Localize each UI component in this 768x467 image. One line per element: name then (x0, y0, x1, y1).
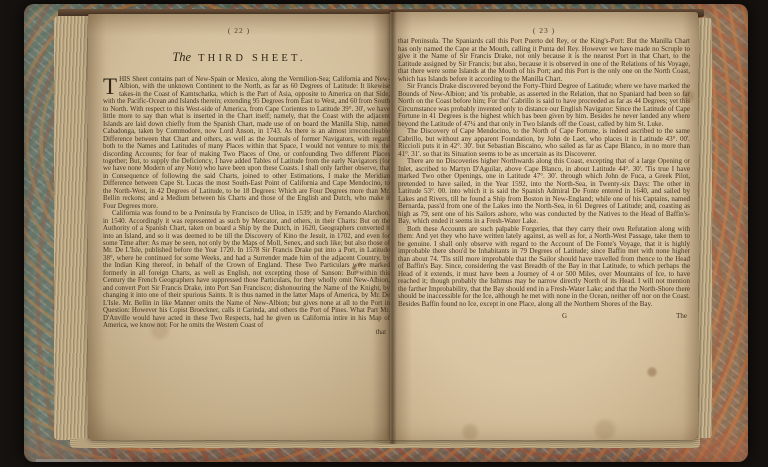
paragraph: that Peninsula. The Spaniards call this … (398, 38, 690, 83)
signature-mark: G (562, 313, 567, 321)
paragraph: The Discovery of Cape Mendocino, to the … (398, 128, 690, 158)
left-catchword: that (103, 329, 390, 336)
paragraph: California was found to be a Peninsula b… (103, 210, 390, 329)
book-photo: ( 22 ) TheTHIRD SHEET. THIS Sheet contai… (0, 0, 768, 467)
paragraph-text: HIS Sheet contains part of New-Spain or … (103, 76, 390, 210)
paragraph: Sir Francis Drake discovered beyond the … (398, 83, 690, 128)
left-page: ( 22 ) TheTHIRD SHEET. THIS Sheet contai… (88, 14, 390, 440)
footer-line: G The (398, 313, 690, 322)
right-page-text: that Peninsula. The Spaniards call this … (398, 38, 690, 322)
sheet-heading: TheTHIRD SHEET. (88, 48, 390, 66)
left-page-text: THIS Sheet contains part of New-Spain or… (103, 76, 390, 337)
page-edge-stack-left (54, 16, 88, 440)
page-edge-stack-right (698, 18, 712, 438)
heading-title: THIRD SHEET. (198, 53, 306, 64)
heading-lead-word: The (172, 50, 191, 64)
right-page-number: ( 23 ) (390, 26, 698, 35)
paragraph: Both these Accounts are such palpable Fo… (398, 226, 690, 309)
paragraph: There are no Discoveries higher Northwar… (398, 158, 690, 226)
paragraph: THIS Sheet contains part of New-Spain or… (103, 76, 390, 210)
right-catchword: The (676, 313, 687, 321)
left-page-number: ( 22 ) (88, 26, 390, 35)
imprint-microtext (36, 459, 132, 462)
drop-cap: T (103, 77, 117, 97)
right-page: ( 23 ) that Peninsula. The Spaniards cal… (390, 12, 698, 440)
